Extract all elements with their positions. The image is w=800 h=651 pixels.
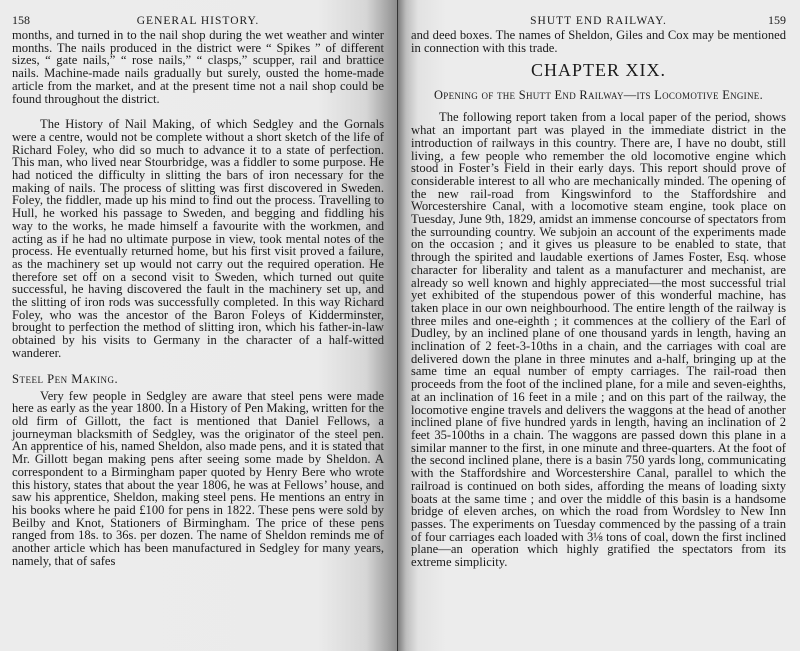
paragraph-railway-report: The following report taken from a local … bbox=[411, 111, 786, 568]
running-header-right: 000 SHUTT END RAILWAY. 159 bbox=[411, 13, 786, 29]
paragraph-nail-shops: months, and turned in to the nail shop d… bbox=[12, 29, 384, 105]
paragraph-deed-boxes: and deed boxes. The names of Sheldon, Gi… bbox=[411, 29, 786, 54]
right-page: 000 SHUTT END RAILWAY. 159 and deed boxe… bbox=[398, 0, 800, 651]
running-header-left: 158 GENERAL HISTORY. 000 bbox=[12, 13, 384, 29]
page-number-left: 158 bbox=[12, 13, 30, 28]
running-head-title-right: SHUTT END RAILWAY. bbox=[429, 15, 768, 27]
paragraph-steel-pens: Very few people in Sedgley are aware tha… bbox=[12, 390, 384, 568]
chapter-title: CHAPTER XIX. bbox=[411, 60, 786, 81]
chapter-subtitle: Opening of the Shutt End Railway—its Loc… bbox=[411, 89, 786, 102]
left-page: 158 GENERAL HISTORY. 000 months, and tur… bbox=[0, 0, 398, 651]
section-heading-steel-pen: Steel Pen Making. bbox=[12, 373, 384, 386]
page-number-right: 159 bbox=[768, 13, 786, 28]
running-head-title-left: GENERAL HISTORY. bbox=[30, 15, 366, 27]
paragraph-richard-foley: The History of Nail Making, of which Sed… bbox=[12, 118, 384, 359]
